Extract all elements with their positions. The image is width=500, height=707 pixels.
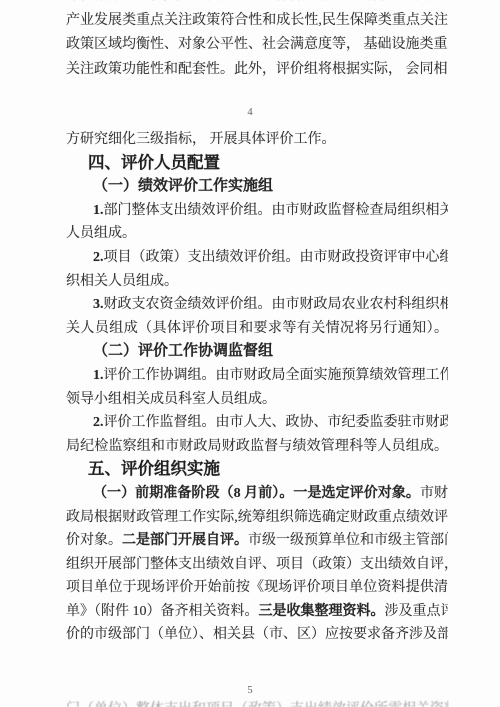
text-line: 1.评价工作协调组。由市财政局全面实施预算绩效管理工作 [66,364,448,388]
text-line: 2.评价工作监督组。由市人大、政协、市纪委监委驻市财政 [66,411,448,435]
text-segment: 人员组成。 [66,226,136,241]
page4-text-block: 评价指标体系按照产业发展、民生保障、基础设施分为三类。其中 产业发展类重点关注政… [66,0,448,82]
text-segment: 政局根据财政管理工作实际,统筹组织筛选确定财政重点绩效评 [66,510,448,525]
page5-lines: 方研究细化三级指标， 开展具体评价工作。四、评价人员配置（一）绩效评价工作实施组… [66,128,448,647]
text-line: 关注政策功能性和配套性。此外，评价组将根据实际， 会同相关 [66,58,448,83]
text-segment: 方研究细化三级指标， 开展具体评价工作。 [66,132,336,147]
text-segment: 四、评价人员配置 [88,154,220,172]
text-line: 价的市级部门（单位）、相关县（市、区）应按要求备齐涉及部 [66,623,448,647]
text-line: 局纪检监察组和市财政局财政监督与绩效管理科等人员组成。 [66,435,448,459]
text-segment: 政策区域均衡性、对象公平性、社会满意度等， 基础设施类重点 [66,37,448,52]
text-line: 单》（附件 10）备齐相关资料。三是收集整理资料。涉及重点评 [66,600,448,624]
text-segment: 项目（政策）支出绩效评价组。由市财政投资评审中心组 [104,250,449,265]
text-segment: 五、评价组织实施 [88,460,220,478]
text-line: 1.部门整体支出绩效评价组。由市财政监督检查局组织相关 [66,199,448,223]
text-line: 3.财政支农资金绩效评价组。由市财政局农业农村科组织相 [66,293,448,317]
text-segment: 织相关人员组成。 [66,274,178,289]
text-line: （一）绩效评价工作实施组 [66,175,448,199]
text-line: 组织开展部门整体支出绩效自评、项目（政策）支出绩效自评， [66,553,448,577]
text-segment: 产业发展类重点关注政策符合性和成长性,民生保障类重点关注 [66,13,448,28]
text-line: 四、评价人员配置 [66,152,448,176]
page-number-4: 4 [0,107,500,118]
text-segment: 局纪检监察组和市财政局财政监督与绩效管理科等人员组成。 [66,439,448,454]
text-line: 五、评价组织实施 [66,458,448,482]
text-line: 产业发展类重点关注政策符合性和成长性,民生保障类重点关注 [66,9,448,34]
text-segment: 部门整体支出绩效评价组。由市财政监督检查局组织相关 [104,203,449,218]
text-segment: 价对象。 [66,533,122,548]
text-segment: 价的市级部门（单位）、相关县（市、区）应按要求备齐涉及部 [66,627,448,642]
text-line: 价对象。二是部门开展自评。市级一级预算单位和市级主管部门 [66,529,448,553]
text-line: （二）评价工作协调监督组 [66,340,448,364]
text-segment: 涉及重点评 [385,604,449,619]
emphasized-text-segment: （一）前期准备阶段（8 月前）。 [93,486,293,501]
text-segment: 市财 [420,486,448,501]
text-line: 2.项目（政策）支出绩效评价组。由市财政投资评审中心组 [66,246,448,270]
text-segment: 关人员组成（具体评价项目和要求等有关情况将另行通知）。 [66,321,448,336]
text-segment: （一）绩效评价工作实施组 [93,178,273,194]
emphasized-text-segment: 三是收集整理资料。 [259,604,385,619]
text-segment: 项目单位于现场评价开始前按《现场评价项目单位资料提供清 [66,580,448,595]
text-line: 政策区域均衡性、对象公平性、社会满意度等， 基础设施类重点 [66,33,448,58]
clipped-text-top: 评价指标体系按照产业发展、民生保障、基础设施分为三类。其中 [66,0,448,9]
page5-text-block: 方研究细化三级指标， 开展具体评价工作。四、评价人员配置（一）绩效评价工作实施组… [66,128,448,647]
emphasized-text-segment: 二是部门开展自评。 [122,533,248,548]
text-line: 织相关人员组成。 [66,270,448,294]
page4-lines: 产业发展类重点关注政策符合性和成长性,民生保障类重点关注政策区域均衡性、对象公平… [66,9,448,83]
emphasized-text-segment: 2. [93,415,104,430]
text-line: 领导小组相关成员科室人员组成。 [66,388,448,412]
emphasized-text-segment: 2. [93,250,104,265]
text-segment: 财政支农资金绩效评价组。由市财政局农业农村科组织相 [104,297,449,312]
text-line: 关人员组成（具体评价项目和要求等有关情况将另行通知）。 [66,317,448,341]
text-segment: 市级一级预算单位和市级主管部门 [248,533,448,548]
text-segment: 组织开展部门整体支出绩效自评、项目（政策）支出绩效自评， [66,557,448,572]
text-segment: 领导小组相关成员科室人员组成。 [66,392,276,407]
clipped-text-bottom: 门（单位）整体支出和项目（政策）支出绩效评价所需相关资料 [66,701,448,707]
text-line: （一）前期准备阶段（8 月前）。一是选定评价对象。市财 [66,482,448,506]
emphasized-text-segment: 一是选定评价对象。 [293,486,420,501]
emphasized-text-segment: 1. [93,368,104,383]
text-line: 方研究细化三级指标， 开展具体评价工作。 [66,128,448,152]
text-segment: 评价工作监督组。由市人大、政协、市纪委监委驻市财政 [104,415,449,430]
text-segment: 关注政策功能性和配套性。此外，评价组将根据实际， 会同相关 [66,62,448,77]
text-segment: （二）评价工作协调监督组 [93,343,273,359]
text-line: 人员组成。 [66,222,448,246]
emphasized-text-segment: 3. [93,297,104,312]
text-line: 项目单位于现场评价开始前按《现场评价项目单位资料提供清 [66,576,448,600]
emphasized-text-segment: 1. [93,203,104,218]
document-page: 评价指标体系按照产业发展、民生保障、基础设施分为三类。其中 产业发展类重点关注政… [0,0,500,707]
text-line: 政局根据财政管理工作实际,统筹组织筛选确定财政重点绩效评 [66,506,448,530]
text-segment: 评价工作协调组。由市财政局全面实施预算绩效管理工作 [104,368,449,383]
text-segment: 单》（附件 10）备齐相关资料。 [66,604,259,619]
page-number-5: 5 [0,685,500,696]
